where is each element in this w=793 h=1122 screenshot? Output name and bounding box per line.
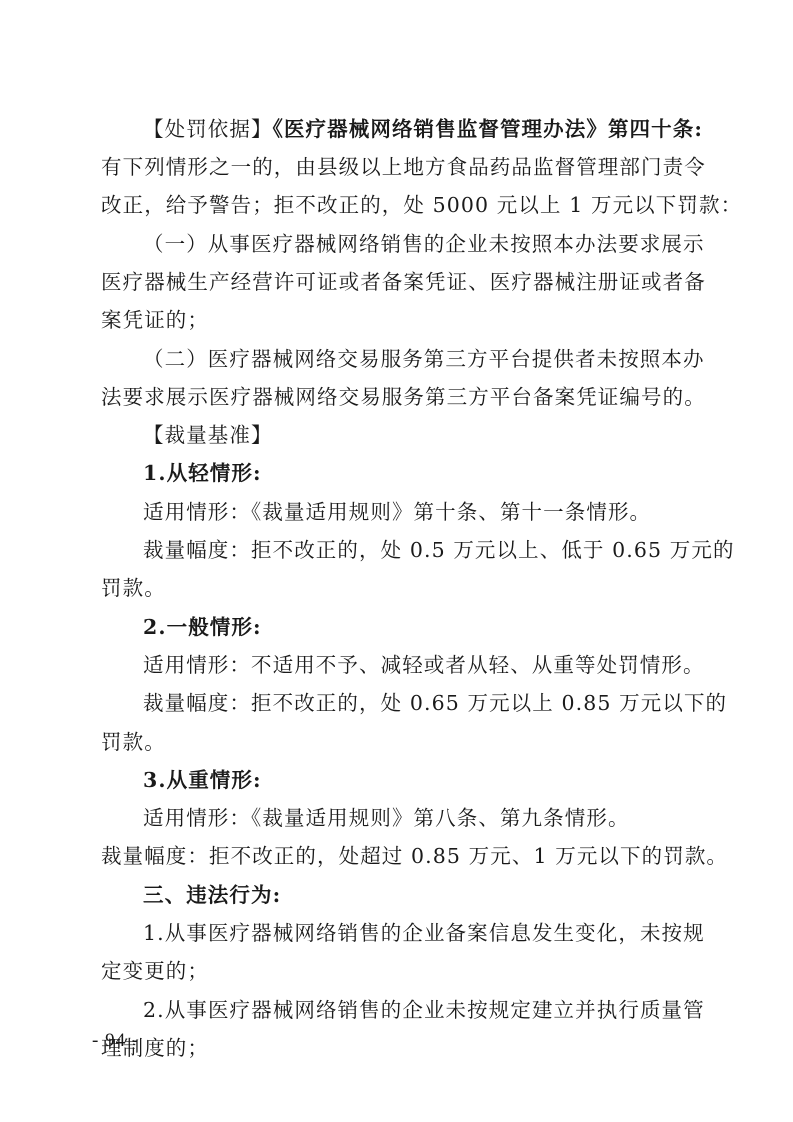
violation-item: 2.从事医疗器械网络销售的企业未按规定建立并执行质量管 xyxy=(101,995,693,1025)
general-range: 裁量幅度：拒不改正的，处 0.65 万元以上 0.85 万元以下的 xyxy=(101,688,693,718)
violation-item: 1.从事医疗器械网络销售的企业备案信息发生变化，未按规 xyxy=(101,918,693,948)
penalty-basis-label: 【处罚依据】 xyxy=(143,117,273,141)
violations-heading: 三、违法行为: xyxy=(101,880,693,910)
light-heading: 1.从轻情形: xyxy=(101,458,693,488)
paragraph-line: 有下列情形之一的，由县级以上地方食品药品监督管理部门责令 xyxy=(101,152,693,182)
violation-item-cont: 理制度的； xyxy=(101,1033,693,1063)
paragraph-line: 改正，给予警告；拒不改正的，处 5000 元以上 1 万元以下罚款： xyxy=(101,190,693,220)
general-heading: 2.一般情形: xyxy=(101,612,693,642)
light-range: 裁量幅度：拒不改正的，处 0.5 万元以上、低于 0.65 万元的 xyxy=(101,535,693,565)
item-line: 医疗器械生产经营许可证或者备案凭证、医疗器械注册证或者备 xyxy=(101,267,693,297)
general-range-cont: 罚款。 xyxy=(101,727,693,757)
discretion-standard-label: 【裁量基准】 xyxy=(101,420,693,450)
heavy-heading: 3.从重情形: xyxy=(101,765,693,795)
heavy-range: 裁量幅度：拒不改正的，处超过 0.85 万元、1 万元以下的罚款。 xyxy=(101,841,693,871)
penalty-basis-heading: 【处罚依据】《医疗器械网络销售监督管理办法》第四十条: xyxy=(101,114,693,144)
item-line: （一）从事医疗器械网络销售的企业未按照本办法要求展示 xyxy=(101,229,693,259)
heavy-applicable: 适用情形：《裁量适用规则》第八条、第九条情形。 xyxy=(101,803,693,833)
item-line: 案凭证的； xyxy=(101,305,693,335)
light-range-cont: 罚款。 xyxy=(101,573,693,603)
violation-item-cont: 定变更的； xyxy=(101,956,693,986)
page-number: - 94 - xyxy=(92,1030,139,1052)
law-title: 《医疗器械网络销售监督管理办法》第四十条: xyxy=(273,117,703,141)
item-line: （二）医疗器械网络交易服务第三方平台提供者未按照本办 xyxy=(101,344,693,374)
general-applicable: 适用情形：不适用不予、减轻或者从轻、从重等处罚情形。 xyxy=(101,650,693,680)
item-line: 法要求展示医疗器械网络交易服务第三方平台备案凭证编号的。 xyxy=(101,382,693,412)
light-applicable: 适用情形：《裁量适用规则》第十条、第十一条情形。 xyxy=(101,497,693,527)
